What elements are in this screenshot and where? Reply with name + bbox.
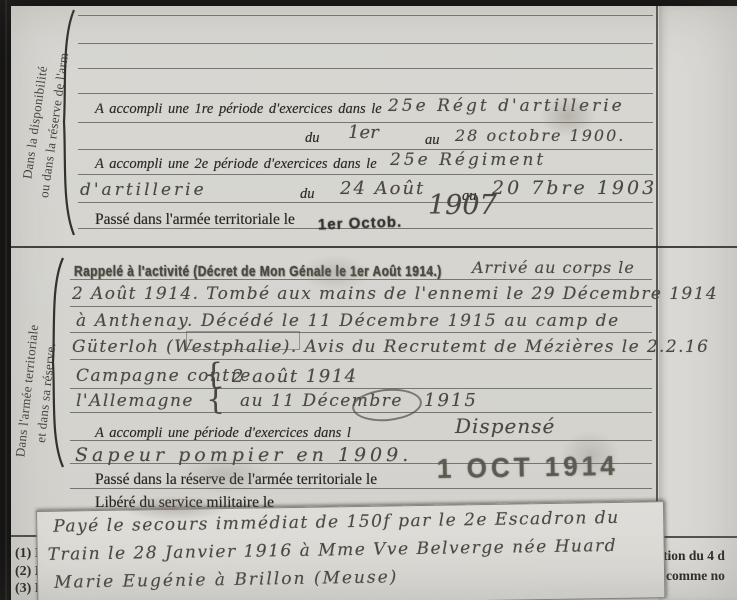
campaign-against-label-entry: Campagne contre: [76, 366, 252, 386]
firefighter-exemption-entry: Sapeur pompier en 1909.: [75, 444, 412, 466]
payment-slip-line-1: Payé le secours immédiat de 150f par le …: [53, 508, 620, 537]
stamp-1-oct-1914: 1 OCT 1914: [437, 450, 619, 486]
death-camp-notice-entry: Güterloh (Westphalie). Avis du Recrutemt…: [72, 337, 709, 357]
campaign-start-date-entry: 2 août 1914: [232, 366, 358, 387]
du-label: du: [305, 130, 320, 147]
adjacent-fragment-1: tion du 4 d: [663, 548, 725, 564]
second-period-regiment-cont-entry: d'artillerie: [80, 180, 207, 200]
ruled-line: [78, 43, 653, 44]
recall-to-activity-stamp: Rappelé à l'activité (Décret de Mon Géna…: [74, 262, 442, 280]
payment-slip-line-2: Train le 28 Janvier 1916 à Mme Vve Belve…: [48, 536, 618, 565]
year-1907-entry: 1907: [428, 190, 497, 221]
second-period-end-date-entry: 20 7bre 1903: [492, 177, 657, 199]
dispensed-entry: Dispensé: [455, 414, 555, 438]
ruled-line: [70, 359, 652, 360]
scanned-military-record-page: tion du 4 d comme no Dans la disponibili…: [0, 0, 737, 600]
territorial-reserve-transfer-label: Passé dans la réserve de l'armée territo…: [95, 471, 377, 489]
section-separator-line: [11, 246, 737, 248]
exercise-period-label: A accompli une période d'exercices dans …: [95, 425, 351, 442]
film-edge-top: [0, 0, 737, 6]
ruled-line: [78, 202, 653, 203]
film-edge-left: [0, 0, 11, 600]
arrival-at-corps-entry: Arrivé au corps le: [472, 258, 635, 277]
adjacent-divider-line: [662, 536, 737, 538]
au-label: au: [425, 132, 440, 149]
campaign-end-year-entry: 1915: [424, 390, 478, 411]
territorial-army-transfer-label: Passé dans l'armée territoriale le: [95, 211, 295, 229]
adjacent-fragment-2: comme no: [666, 568, 725, 584]
payment-slip-line-3: Marie Eugénie à Brillon (Meuse): [54, 567, 399, 592]
ruled-line: [70, 332, 652, 333]
first-period-start-date-entry: 1er: [348, 122, 379, 143]
westphalie-box-mark: [186, 331, 300, 350]
first-period-regiment-entry: 25e Régt d'artillerie: [388, 96, 625, 116]
death-note-entry: à Anthenay. Décédé le 11 Décembre 1915 a…: [76, 311, 620, 331]
ruled-line: [78, 93, 653, 94]
captured-note-entry: 2 Août 1914. Tombé aux mains de l'ennemi…: [72, 284, 718, 304]
ruled-line: [78, 68, 653, 69]
ruled-line: [78, 149, 653, 150]
second-period-start-date-entry: 24 Août: [340, 178, 425, 199]
ruled-line: [70, 306, 652, 307]
column-divider-line: [656, 6, 658, 516]
ruled-line: [78, 15, 653, 16]
grouping-brace-middle: [45, 256, 67, 470]
du-label: du: [300, 186, 315, 203]
ruled-line: [70, 388, 652, 389]
grouping-brace-top: [56, 8, 78, 238]
payment-slip: Payé le secours immédiat de 150f par le …: [36, 501, 665, 600]
date-stamp-1907-partial: 1er Octob.: [318, 214, 403, 234]
handwritten-brace: {: [206, 385, 225, 415]
campaign-germany-entry: l'Allemagne: [76, 391, 194, 411]
first-exercise-period-label: A accompli une 1re période d'exercices d…: [95, 101, 382, 118]
second-exercise-period-label: A accompli une 2e période d'exercices da…: [95, 156, 377, 173]
first-period-end-date-entry: 28 octobre 1900.: [455, 126, 625, 145]
ruled-line: [78, 174, 653, 175]
second-period-regiment-entry: 25e Régiment: [390, 150, 546, 170]
